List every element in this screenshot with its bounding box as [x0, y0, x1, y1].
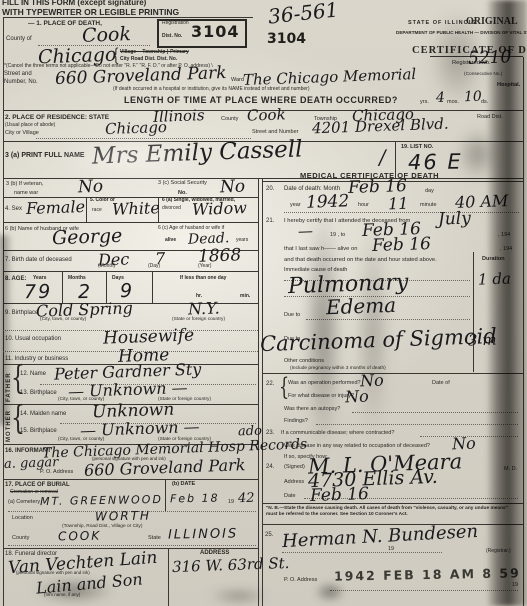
veteran-label-2: name war	[14, 190, 38, 196]
item25-no: 25.	[265, 532, 273, 539]
township-options-line2: City Road Dist. Dist. No.	[120, 57, 177, 63]
box-left-line	[3, 17, 4, 606]
certificate-date-label: Date	[284, 493, 296, 499]
father-birthplace-label: 13. Birthplace	[20, 390, 57, 397]
death-hour-label: hour	[358, 202, 369, 208]
cemetery-value: MT. GREENWOOD	[40, 493, 163, 508]
print-full-name-label: 3 (a) PRINT FULL NAME	[5, 152, 85, 160]
rule-4	[3, 222, 258, 223]
list-no-value: 46 E	[408, 150, 463, 175]
residence-county-value: Cook	[247, 105, 286, 124]
burial-location-value: WORTH	[95, 509, 151, 524]
last-saw-tail: , 194	[500, 246, 512, 252]
due-to-1-label: Due to	[284, 312, 300, 318]
attended-line2-label: 19 , to	[330, 232, 345, 238]
rule-25-signature	[282, 552, 442, 553]
last-saw-value: Feb 16	[372, 234, 432, 256]
scan-blotch-bottom-mid	[196, 586, 281, 606]
alive-label: alive	[165, 238, 176, 244]
burial-date-value: Feb 18	[170, 492, 220, 506]
item21-no: 21.	[266, 218, 274, 225]
autopsy-question: Was there an autopsy?	[284, 406, 340, 412]
rule-22-top	[262, 373, 524, 374]
due-to-2-value: Carcinoma of Sigmoid	[260, 324, 497, 356]
birth-year-value: 1868	[198, 245, 242, 266]
birthplace-label: 9. Birthplace	[5, 310, 38, 317]
husband-name-value: George	[52, 225, 123, 249]
registration-label: Registration	[162, 21, 189, 27]
street-label-1: Street and	[4, 71, 32, 78]
attended-from-value: July	[438, 208, 471, 229]
column-divider-1	[258, 178, 259, 606]
yrs-label: yrs.	[420, 99, 429, 105]
death-year-value: 1942	[306, 191, 350, 212]
column-divider-2	[262, 178, 263, 606]
rule-nb-top	[262, 503, 524, 504]
city-value-handwritten: Chicago	[38, 44, 117, 69]
min-label: min.	[240, 294, 250, 300]
age-years-value: 79	[24, 281, 53, 303]
residence-street-value: 4201 Drexel Blvd.	[312, 115, 449, 138]
abode-note: (Usual place of abode)	[5, 123, 55, 129]
marital-label-2: divorced	[162, 206, 181, 212]
attended-line2-tail: , 194	[498, 232, 510, 238]
birthplace-state-value: N.Y.	[188, 298, 220, 318]
sex-label: 4. Sex	[5, 206, 22, 213]
institution-name-handwritten: The Chicago Memorial	[243, 65, 417, 89]
burial-date-label: (b) DATE	[172, 481, 195, 487]
less-than-day-label: If less than one day	[180, 276, 226, 282]
death-minute-label: minute	[420, 202, 437, 208]
street-label-2: Number, No.	[4, 79, 38, 86]
birth-month-value: Dec	[98, 249, 130, 269]
rule-due-1	[306, 319, 470, 320]
color-value: White	[112, 198, 160, 219]
registrar-year-label: 19	[388, 546, 394, 552]
hospital-label: Hospital.	[497, 82, 520, 88]
veteran-label-1: 3 (b) If veteran,	[6, 181, 43, 187]
item23-no: 23.	[266, 430, 274, 437]
duration-box-line	[473, 252, 474, 372]
color-label-2: race	[92, 208, 102, 214]
burial-year-value: 42	[238, 491, 255, 507]
last-saw-label: that I last saw h—— alive on	[284, 246, 357, 253]
nb-note: "N. B.—State the disease causing death. …	[266, 506, 520, 517]
burial-label: 17. PLACE OF BURIAL	[5, 482, 70, 489]
years-label: years	[236, 238, 248, 244]
death-occurred-line: and that death occurred on the date and …	[284, 257, 437, 264]
po-address-tail: 19	[512, 582, 518, 588]
birth-date-label: 7. Birth date of deceased	[5, 257, 72, 264]
communicable-question: If a communicable disease; where contrac…	[281, 430, 394, 436]
duration-2-value: 3 m	[468, 331, 497, 350]
duration-label: Duration	[482, 256, 505, 262]
institution-note: (If death occurred in a hospital or inst…	[113, 87, 310, 93]
rule-25-address	[330, 590, 518, 591]
death-year-label: year	[290, 202, 301, 208]
death-certificate-document: FILL IN THIS FORM (except signature) WIT…	[0, 0, 527, 606]
original-label: ORIGINAL	[466, 16, 518, 28]
occupation-label: 10. Usual occupation	[5, 336, 61, 343]
county-of-label: County of	[6, 36, 32, 43]
birth-day-value: 7	[155, 249, 166, 268]
consecutive-no-label: (Consecutive No.)	[464, 72, 502, 78]
length-of-time-label: LENGTH OF TIME AT PLACE WHERE DEATH OCCU…	[124, 95, 398, 105]
attended-dash: —	[298, 222, 314, 241]
rule-findings	[316, 424, 518, 425]
mother-maiden-label: 14. Maiden name	[20, 411, 66, 418]
mos-label: mos.	[447, 99, 459, 105]
burial-location-label: Location	[12, 515, 33, 521]
death-hour-value: 11	[388, 194, 409, 214]
rule-autopsy	[352, 412, 518, 413]
rule-7	[3, 271, 258, 272]
signed-label: (Signed)	[284, 464, 305, 470]
disease-injury-answer: No	[345, 387, 369, 407]
color-cell-left	[86, 197, 87, 222]
burial-state-label: State	[148, 535, 161, 541]
duration-1-value: 1 da	[478, 269, 511, 288]
received-date-stamp: 1942 FEB 18 AM 8 59	[334, 565, 521, 583]
burial-state-value: ILLINOIS	[168, 526, 238, 542]
item20-no: 20.	[266, 186, 274, 193]
operation-date-label: Date of	[432, 380, 450, 386]
funeral-address-value: 316 W. 63rd St.	[172, 554, 290, 576]
findings-question: Findings?	[284, 418, 308, 424]
department-line: DEPARTMENT OF PUBLIC HEALTH — DIVISION O…	[396, 30, 527, 35]
stray-slash: /	[379, 145, 387, 169]
burial-county-value: COOK	[58, 529, 101, 544]
registrar-label: (Registrar.)	[486, 549, 511, 555]
township-options-line1: Village —Township } Primary	[120, 50, 189, 56]
ssn-value: No	[220, 177, 246, 198]
funeral-address-divider	[168, 548, 169, 606]
operation-question: Was an operation performed?	[288, 380, 361, 386]
age-col-line-1	[62, 271, 63, 303]
item24-no: 24.	[266, 464, 274, 471]
registered-no-value: 5210	[468, 47, 512, 68]
cemetery-label: (a) Cemetery	[8, 499, 40, 505]
item22-no: 22.	[266, 381, 274, 388]
informant-extra-handwriting: a. gagar	[4, 455, 59, 472]
po-address-label: P. O. Address	[284, 577, 317, 583]
certificate-date-value: Feb 16	[310, 484, 370, 506]
dist-no-label: Dist. No.	[162, 34, 182, 40]
stray-handwriting: ado	[238, 424, 262, 440]
days-at-place-value: 10	[464, 89, 482, 106]
father-name-label: 12. Name	[20, 371, 46, 378]
birthplace-value: Cold Spring	[36, 298, 133, 320]
mother-birthplace-label: 15. Birthplace	[20, 428, 57, 435]
form-instruction-line2: WITH TYPEWRITER OR LEGIBLE PRINTING	[2, 8, 179, 18]
road-dist-label: Road Dist.	[477, 114, 503, 120]
death-day-label: day	[425, 188, 434, 194]
rule-burial-county	[8, 545, 256, 546]
other-conditions-label: Other conditions	[284, 358, 324, 364]
burial-year-prefix: 19	[228, 499, 234, 505]
registrar-signature: Herman N. Bundesen	[282, 521, 479, 552]
age-col-line-3	[152, 271, 153, 303]
cause-line-2: Edema	[326, 293, 397, 319]
marital-value: Widow	[192, 198, 247, 219]
registration-district-stamp: 3104	[191, 22, 240, 41]
ssn-label-2: No.	[178, 190, 187, 196]
district-stamp-2: 3104	[267, 31, 306, 47]
months-at-place-value: 4	[436, 90, 445, 106]
city-or-village-label: City or Village	[5, 130, 39, 136]
file-number-handwritten: 36-561	[267, 0, 340, 29]
burial-date-divider	[165, 479, 166, 511]
ssn-label-1: 3 (c) Social Security	[158, 180, 207, 186]
residence-county-label: County	[221, 116, 238, 122]
residence-city-value: Chicago	[105, 118, 168, 138]
residence-street-label: Street and Number	[252, 129, 298, 135]
md-label: M. D.	[504, 466, 517, 472]
sex-value: Female	[26, 197, 86, 218]
burial-county-label: County	[12, 535, 29, 541]
veteran-value: No	[78, 177, 104, 198]
rule-16	[3, 479, 258, 480]
physician-address-label: Address	[284, 479, 304, 485]
residence-label: 2. PLACE OF RESIDENCE: STATE	[5, 114, 109, 121]
